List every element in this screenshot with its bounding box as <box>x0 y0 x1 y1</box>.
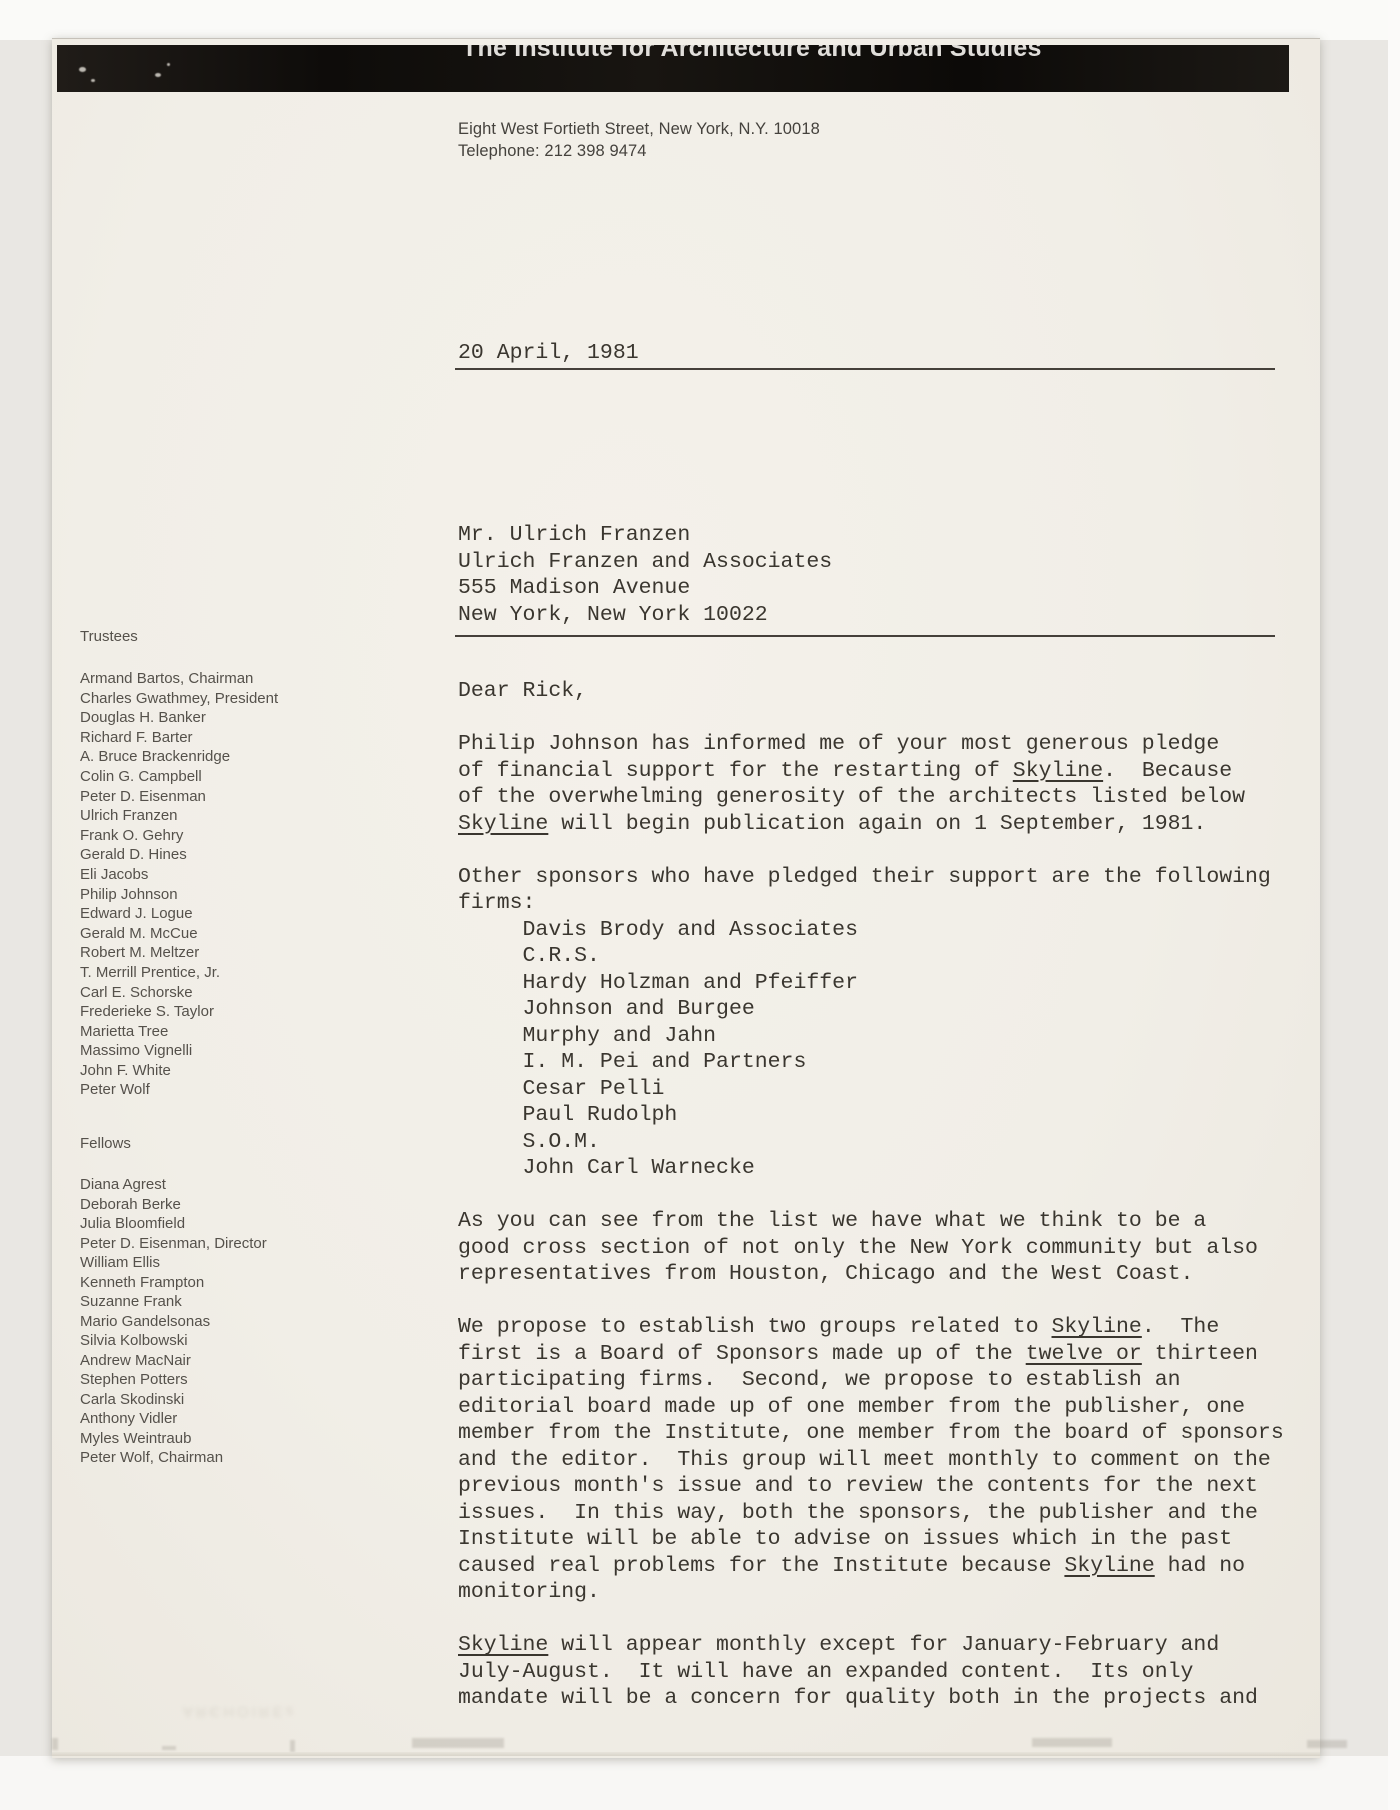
text-segment: I. M. Pei and Partners <box>458 1050 806 1074</box>
list-item: John F. White <box>80 1061 278 1081</box>
letter-line: As you can see from the list we have wha… <box>458 1208 1284 1235</box>
scanner-background-bottom <box>0 1756 1400 1810</box>
list-item: Stephen Potters <box>80 1370 267 1390</box>
smudge-mark <box>1032 1738 1112 1747</box>
letter-line: good cross section of not only the New Y… <box>458 1235 1284 1262</box>
letter-line: member from the Institute, one member fr… <box>458 1420 1284 1447</box>
trustees-heading: Trustees <box>80 628 138 645</box>
list-item: Andrew MacNair <box>80 1351 267 1371</box>
list-item: Frank O. Gehry <box>80 826 278 846</box>
text-segment: first is a Board of Sponsors made up of … <box>458 1342 1026 1366</box>
text-segment: Davis Brody and Associates <box>458 918 858 942</box>
text-segment: editorial board made up of one member fr… <box>458 1395 1245 1419</box>
list-item: New York, New York 10022 <box>458 602 832 629</box>
list-item: Eli Jacobs <box>80 865 278 885</box>
letter-line: Davis Brody and Associates <box>458 917 1284 944</box>
letter-line: Cesar Pelli <box>458 1076 1284 1103</box>
dust-speck <box>79 67 86 72</box>
list-item: Douglas H. Banker <box>80 708 278 728</box>
list-item: Gerald D. Hines <box>80 845 278 865</box>
letterhead-banner: The Institute for Architecture and Urban… <box>57 45 1289 92</box>
text-segment: As you can see from the list we have wha… <box>458 1209 1206 1233</box>
letter-line: S.O.M. <box>458 1129 1284 1156</box>
text-segment: Cesar Pelli <box>458 1077 664 1101</box>
letter-line: July-August. It will have an expanded co… <box>458 1659 1284 1686</box>
letter-line: Institute will be able to advise on issu… <box>458 1526 1284 1553</box>
text-segment: twelve or <box>1026 1342 1142 1366</box>
text-segment: Johnson and Burgee <box>458 997 755 1021</box>
institute-name: The Institute for Architecture and Urban… <box>462 45 1042 63</box>
text-segment: Skyline <box>458 1633 548 1657</box>
letter-line: representatives from Houston, Chicago an… <box>458 1261 1284 1288</box>
text-segment: representatives from Houston, Chicago an… <box>458 1262 1193 1286</box>
text-segment: Paul Rudolph <box>458 1103 677 1127</box>
letter-line: of financial support for the restarting … <box>458 758 1284 785</box>
recipient-address-block: Mr. Ulrich FranzenUlrich Franzen and Ass… <box>458 522 832 628</box>
date-underline-rule <box>455 368 1275 370</box>
text-segment: Other sponsors who have pledged their su… <box>458 865 1271 889</box>
list-item: Richard F. Barter <box>80 728 278 748</box>
list-item: Myles Weintraub <box>80 1429 267 1449</box>
letter-line: Hardy Holzman and Pfeiffer <box>458 970 1284 997</box>
text-segment: will appear monthly except for January-F… <box>548 1633 1219 1657</box>
dust-speck <box>91 79 95 82</box>
letterhead-street: Eight West Fortieth Street, New York, N.… <box>458 118 820 140</box>
text-segment: July-August. It will have an expanded co… <box>458 1660 1193 1684</box>
list-item: Charles Gwathmey, President <box>80 689 278 709</box>
list-item: Peter Wolf <box>80 1080 278 1100</box>
letter-line: of the overwhelming generosity of the ar… <box>458 784 1284 811</box>
letterhead-phone: Telephone: 212 398 9474 <box>458 140 820 162</box>
list-item: Carla Skodinski <box>80 1390 267 1410</box>
dust-speck <box>167 63 170 66</box>
list-item: Ulrich Franzen and Associates <box>458 549 832 576</box>
letter-line: monitoring. <box>458 1579 1284 1606</box>
text-segment: Institute will be able to advise on issu… <box>458 1527 1232 1551</box>
text-segment: Skyline <box>1052 1315 1142 1339</box>
text-segment: of the overwhelming generosity of the ar… <box>458 785 1245 809</box>
smudge-mark <box>162 1746 176 1750</box>
letter-line: Paul Rudolph <box>458 1102 1284 1129</box>
list-item: Peter D. Eisenman, Director <box>80 1234 267 1254</box>
letter-line: John Carl Warnecke <box>458 1155 1284 1182</box>
text-segment: Philip Johnson has informed me of your m… <box>458 732 1219 756</box>
dust-speck <box>155 73 161 77</box>
letter-paragraph: Philip Johnson has informed me of your m… <box>458 731 1284 837</box>
letter-line: firms: <box>458 890 1284 917</box>
text-segment: had no <box>1155 1554 1245 1578</box>
text-segment: member from the Institute, one member fr… <box>458 1421 1284 1445</box>
list-item: Frederieke S. Taylor <box>80 1002 278 1022</box>
list-item: Deborah Berke <box>80 1195 267 1215</box>
letter-line: first is a Board of Sponsors made up of … <box>458 1341 1284 1368</box>
recipient-underline-rule <box>455 635 1275 637</box>
list-item: Peter D. Eisenman <box>80 787 278 807</box>
list-item: Massimo Vignelli <box>80 1041 278 1061</box>
text-segment: . The <box>1142 1315 1219 1339</box>
list-item: Marietta Tree <box>80 1022 278 1042</box>
letter-paragraph: As you can see from the list we have wha… <box>458 1208 1284 1288</box>
fellows-list: Diana AgrestDeborah BerkeJulia Bloomfiel… <box>80 1175 267 1468</box>
text-segment: participating firms. Second, we propose … <box>458 1368 1181 1392</box>
list-item: T. Merrill Prentice, Jr. <box>80 963 278 983</box>
list-item: Mario Gandelsonas <box>80 1312 267 1332</box>
text-segment: Murphy and Jahn <box>458 1024 716 1048</box>
fellows-heading: Fellows <box>80 1135 131 1152</box>
list-item: Ulrich Franzen <box>80 806 278 826</box>
letter-line: and the editor. This group will meet mon… <box>458 1447 1284 1474</box>
letter-line: participating firms. Second, we propose … <box>458 1367 1284 1394</box>
scanner-background-top <box>0 0 1400 40</box>
list-item: Philip Johnson <box>80 885 278 905</box>
text-segment: C.R.S. <box>458 944 600 968</box>
list-item: Carl E. Schorske <box>80 983 278 1003</box>
text-segment: caused real problems for the Institute b… <box>458 1554 1064 1578</box>
letter-line: We propose to establish two groups relat… <box>458 1314 1284 1341</box>
letter-paragraph: Skyline will appear monthly except for J… <box>458 1632 1284 1712</box>
text-segment: monitoring. <box>458 1580 600 1604</box>
letter-paragraph: Dear Rick, <box>458 678 1284 705</box>
list-item: Robert M. Meltzer <box>80 943 278 963</box>
smudge-mark <box>290 1740 295 1752</box>
list-item: Armand Bartos, Chairman <box>80 669 278 689</box>
letter-line: Dear Rick, <box>458 678 1284 705</box>
text-segment: Dear Rick, <box>458 679 587 703</box>
list-item: Suzanne Frank <box>80 1292 267 1312</box>
letterhead-address: Eight West Fortieth Street, New York, N.… <box>458 118 820 162</box>
letter-line: mandate will be a concern for quality bo… <box>458 1685 1284 1712</box>
text-segment: will begin publication again on 1 Septem… <box>548 812 1206 836</box>
letter-line: Skyline will appear monthly except for J… <box>458 1632 1284 1659</box>
text-segment: . Because <box>1103 759 1232 783</box>
text-segment: and the editor. This group will meet mon… <box>458 1448 1271 1472</box>
letter-line: Johnson and Burgee <box>458 996 1284 1023</box>
list-item: Anthony Vidler <box>80 1409 267 1429</box>
list-item: Gerald M. McCue <box>80 924 278 944</box>
text-segment: John Carl Warnecke <box>458 1156 755 1180</box>
text-segment: Skyline <box>1064 1554 1154 1578</box>
date-line: 20 April, 1981 <box>458 340 639 367</box>
text-segment: mandate will be a concern for quality bo… <box>458 1686 1258 1710</box>
letter-line: previous month's issue and to review the… <box>458 1473 1284 1500</box>
letter-line: Murphy and Jahn <box>458 1023 1284 1050</box>
letter-body: Dear Rick,Philip Johnson has informed me… <box>458 678 1284 1738</box>
ghost-bleedthrough-mark: sƎЯIОHЭЯA <box>180 1703 293 1720</box>
text-segment: Skyline <box>1013 759 1103 783</box>
text-segment: previous month's issue and to review the… <box>458 1474 1258 1498</box>
text-segment: thirteen <box>1142 1342 1258 1366</box>
letter-line: caused real problems for the Institute b… <box>458 1553 1284 1580</box>
text-segment: issues. In this way, both the sponsors, … <box>458 1501 1258 1525</box>
letter-paragraph: We propose to establish two groups relat… <box>458 1314 1284 1606</box>
paper-bottom-edge-shadow <box>52 1752 1320 1756</box>
list-item: A. Bruce Brackenridge <box>80 747 278 767</box>
list-item: Colin G. Campbell <box>80 767 278 787</box>
text-segment: We propose to establish two groups relat… <box>458 1315 1052 1339</box>
list-item: Edward J. Logue <box>80 904 278 924</box>
text-segment: of financial support for the restarting … <box>458 759 1013 783</box>
letter-paragraph: Other sponsors who have pledged their su… <box>458 864 1284 1182</box>
list-item: Julia Bloomfield <box>80 1214 267 1234</box>
letter-line: issues. In this way, both the sponsors, … <box>458 1500 1284 1527</box>
smudge-mark <box>52 1738 58 1750</box>
letter-line: Philip Johnson has informed me of your m… <box>458 731 1284 758</box>
letter-line: C.R.S. <box>458 943 1284 970</box>
scanned-letter-page: The Institute for Architecture and Urban… <box>0 0 1400 1810</box>
list-item: William Ellis <box>80 1253 267 1273</box>
smudge-mark <box>1307 1740 1347 1748</box>
trustees-list: Armand Bartos, ChairmanCharles Gwathmey,… <box>80 669 278 1100</box>
smudge-mark <box>412 1738 504 1748</box>
text-segment: Skyline <box>458 812 548 836</box>
letter-line: Skyline will begin publication again on … <box>458 811 1284 838</box>
list-item: Peter Wolf, Chairman <box>80 1448 267 1468</box>
letter-line: editorial board made up of one member fr… <box>458 1394 1284 1421</box>
letter-line: Other sponsors who have pledged their su… <box>458 864 1284 891</box>
text-segment: Hardy Holzman and Pfeiffer <box>458 971 858 995</box>
list-item: Silvia Kolbowski <box>80 1331 267 1351</box>
list-item: Mr. Ulrich Franzen <box>458 522 832 549</box>
text-segment: firms: <box>458 891 535 915</box>
text-segment: good cross section of not only the New Y… <box>458 1236 1258 1260</box>
letter-line: I. M. Pei and Partners <box>458 1049 1284 1076</box>
letter-paper: The Institute for Architecture and Urban… <box>52 38 1320 1758</box>
list-item: Kenneth Frampton <box>80 1273 267 1293</box>
list-item: 555 Madison Avenue <box>458 575 832 602</box>
list-item: Diana Agrest <box>80 1175 267 1195</box>
text-segment: S.O.M. <box>458 1130 600 1154</box>
scanner-background-right <box>1388 0 1400 1810</box>
